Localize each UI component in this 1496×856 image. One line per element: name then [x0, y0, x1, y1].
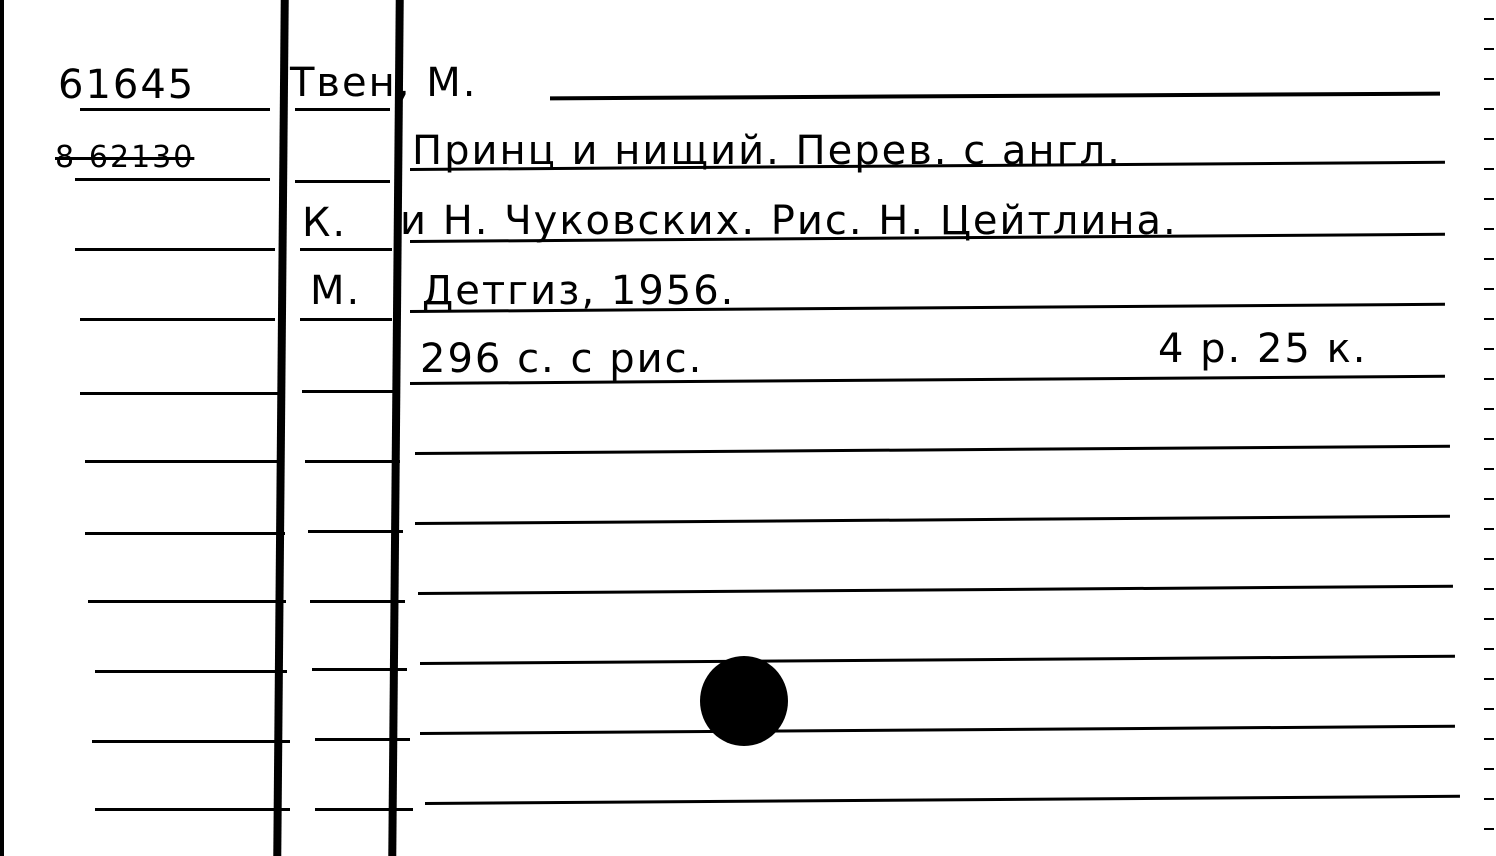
- punch-hole: [700, 656, 788, 746]
- rule: [315, 808, 413, 811]
- imprint: Детгиз, 1956.: [422, 268, 735, 314]
- rule: [75, 178, 270, 181]
- rule: [420, 655, 1455, 665]
- rule: [308, 530, 403, 533]
- rule: [312, 668, 407, 671]
- rule: [425, 795, 1460, 805]
- rule: [305, 460, 400, 463]
- left-mark-k: К.: [302, 200, 347, 246]
- rule: [300, 318, 392, 321]
- card-edge-marks: [1484, 0, 1494, 856]
- rule: [92, 740, 290, 743]
- rule: [295, 180, 390, 183]
- rule: [418, 585, 1453, 595]
- heading-rule: [550, 92, 1440, 101]
- rule: [300, 248, 392, 251]
- price: 4 р. 25 к.: [1158, 326, 1367, 372]
- rule: [302, 390, 394, 393]
- old-call-number: 8-62130: [55, 140, 194, 175]
- left-border: [0, 0, 4, 856]
- rule: [85, 460, 280, 463]
- rule: [75, 248, 275, 251]
- title-line-2: и Н. Чуковских. Рис. Н. Цейтлина.: [400, 198, 1178, 244]
- author-heading: Твен, М.: [290, 60, 477, 106]
- left-mark-m: М.: [310, 268, 361, 314]
- column-rule-2: [388, 0, 403, 856]
- rule: [315, 738, 410, 741]
- rule: [415, 515, 1450, 525]
- title-line-1: Принц и нищий. Перев. с англ.: [412, 128, 1122, 174]
- rule: [310, 600, 405, 603]
- rule: [85, 532, 285, 535]
- catalog-card: 61645 8-62130 Твен, М. Принц и нищий. Пе…: [0, 0, 1496, 856]
- rule: [295, 108, 390, 111]
- rule: [80, 318, 275, 321]
- rule: [95, 808, 290, 811]
- call-number: 61645: [58, 62, 195, 108]
- rule: [80, 392, 280, 395]
- rule: [88, 600, 286, 603]
- rule: [95, 670, 287, 673]
- column-rule-1: [273, 0, 288, 856]
- rule: [415, 445, 1450, 455]
- collation: 296 с. с рис.: [420, 336, 703, 382]
- rule: [420, 725, 1455, 735]
- rule: [80, 108, 270, 111]
